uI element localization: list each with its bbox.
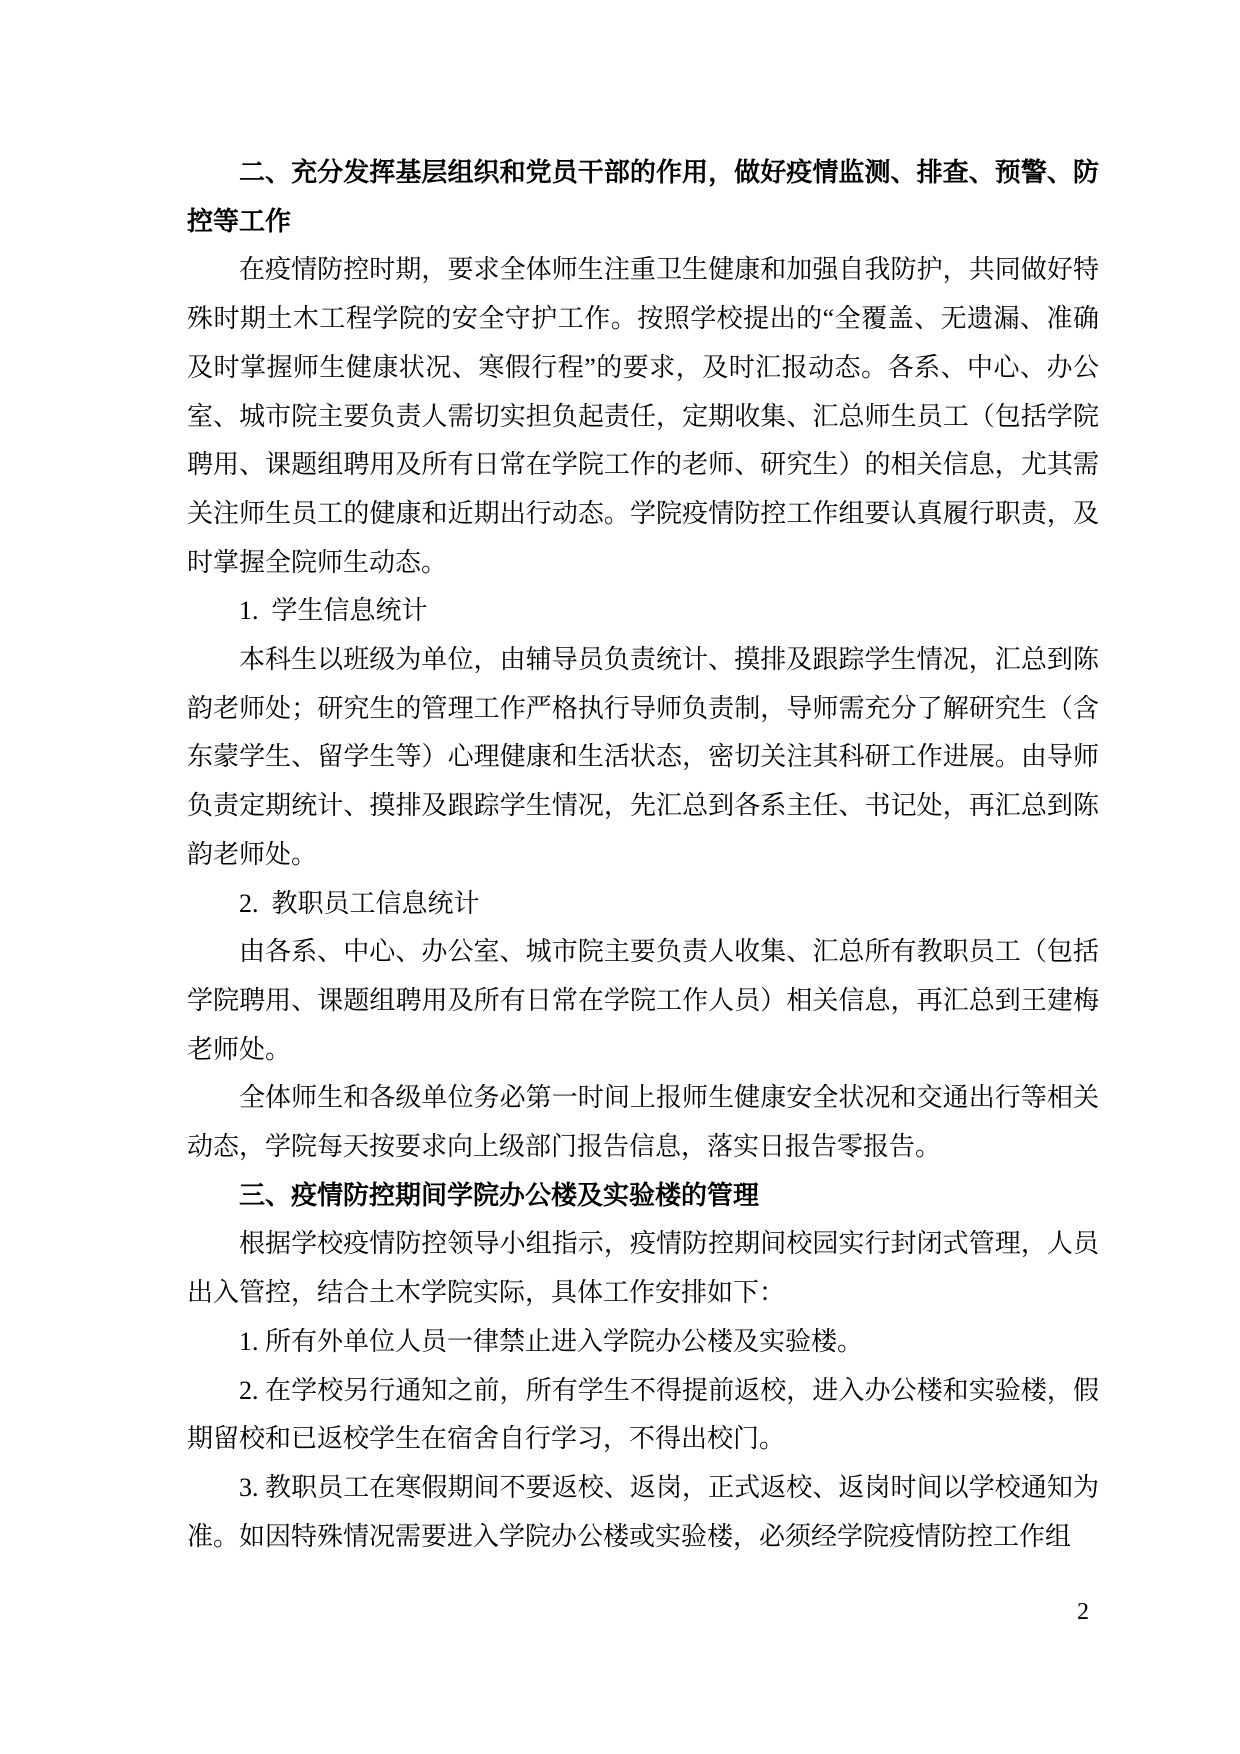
section-heading-3: 三、疫情防控期间学院办公楼及实验楼的管理 [187, 1172, 1099, 1221]
page-number: 2 [1077, 1598, 1089, 1626]
list-item-2-students-no-early-return: 2. 在学校另行通知之前，所有学生不得提前返校，进入办公楼和实验楼，假期留校和已… [187, 1367, 1099, 1464]
item-student-info-stats-title: 1. 学生信息统计 [187, 587, 1099, 636]
para-epidemic-prevention-overview: 在疫情防控时期，要求全体师生注重卫生健康和加强自我防护，共同做好特殊时期土木工程… [187, 246, 1099, 587]
document-body: 二、充分发挥基层组织和党员干部的作用，做好疫情监测、排查、预警、防控等工作 在疫… [187, 149, 1099, 1561]
para-student-info-stats: 本科生以班级为单位，由辅导员负责统计、摸排及跟踪学生情况，汇总到陈韵老师处；研究… [187, 636, 1099, 880]
item-staff-info-stats-title: 2. 教职员工信息统计 [187, 880, 1099, 929]
para-campus-closed-management: 根据学校疫情防控领导小组指示，疫情防控期间校园实行封闭式管理，人员出入管控，结合… [187, 1220, 1099, 1317]
document-page: 二、充分发挥基层组织和党员干部的作用，做好疫情监测、排查、预警、防控等工作 在疫… [0, 0, 1240, 1754]
section-heading-2: 二、充分发挥基层组织和党员干部的作用，做好疫情监测、排查、预警、防控等工作 [187, 149, 1099, 246]
list-item-3-staff-return-rules: 3. 教职员工在寒假期间不要返校、返岗，正式返校、返岗时间以学校通知为准。如因特… [187, 1464, 1099, 1561]
para-staff-info-stats: 由各系、中心、办公室、城市院主要负责人收集、汇总所有教职员工（包括学院聘用、课题… [187, 928, 1099, 1074]
list-item-1-outsiders-forbidden: 1. 所有外单位人员一律禁止进入学院办公楼及实验楼。 [187, 1318, 1099, 1367]
para-daily-report-requirement: 全体师生和各级单位务必第一时间上报师生健康安全状况和交通出行等相关动态，学院每天… [187, 1074, 1099, 1171]
